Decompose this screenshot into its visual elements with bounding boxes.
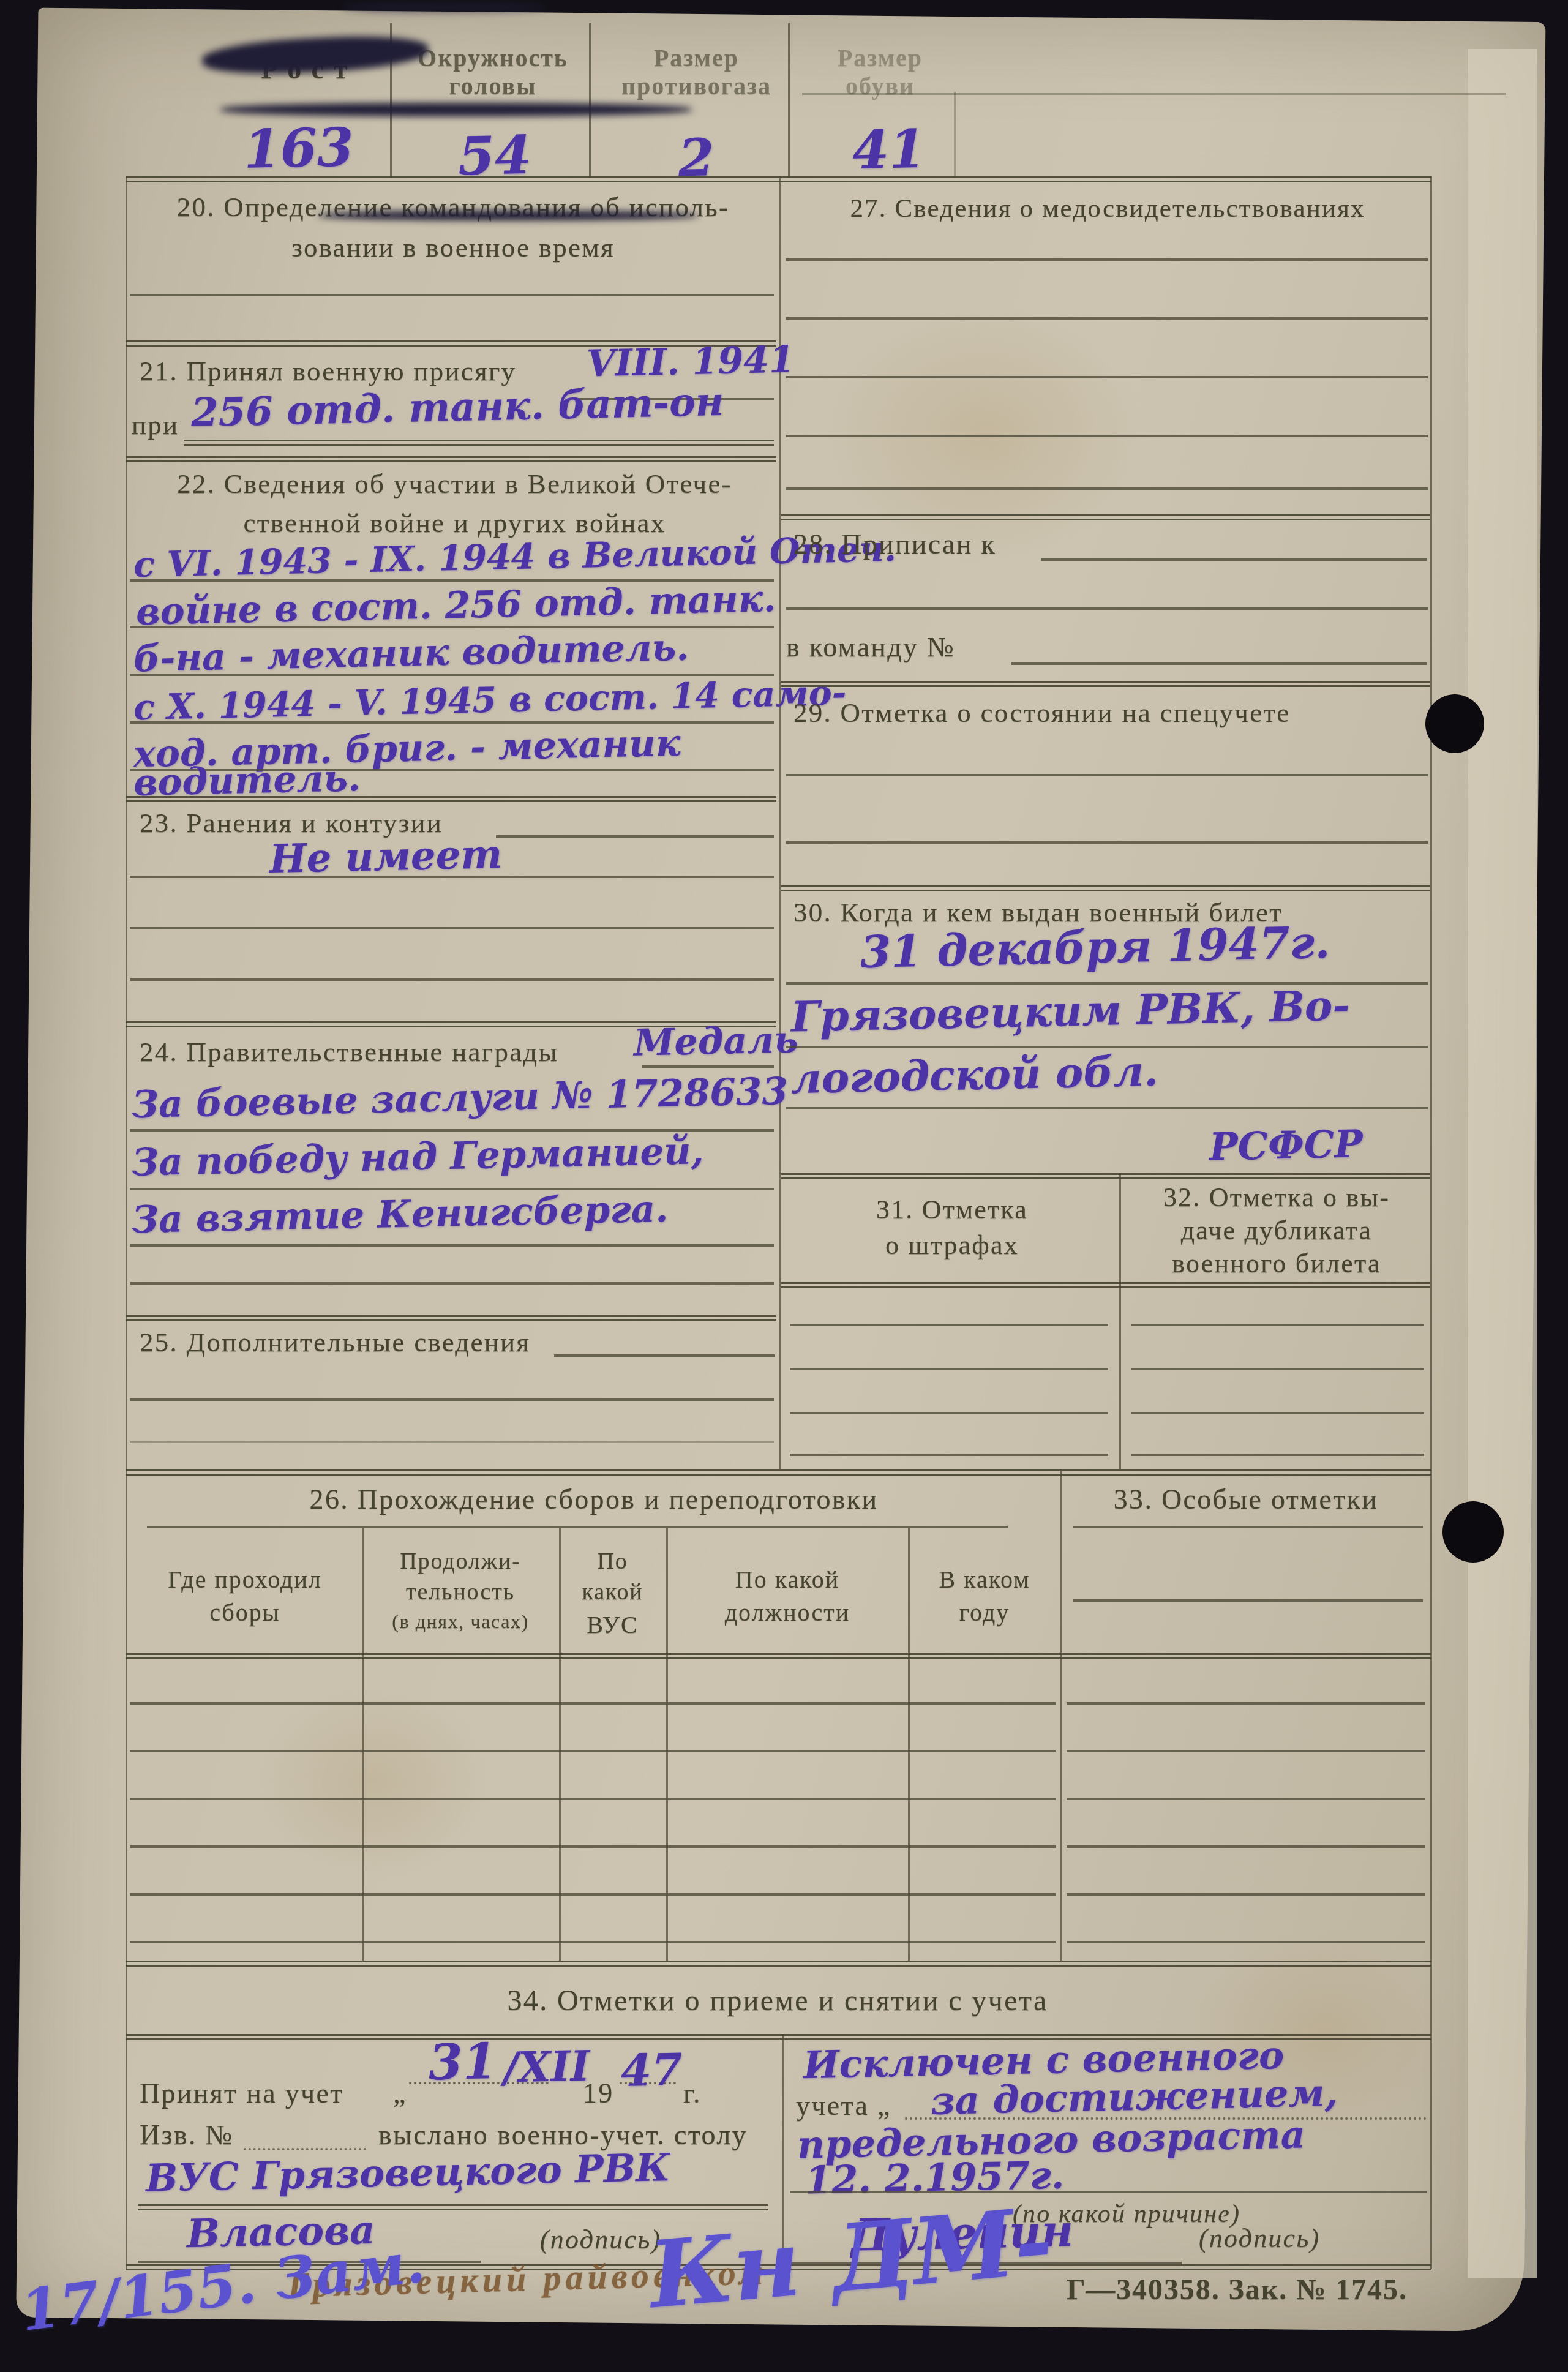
header-underline <box>147 1526 1008 1528</box>
row-line <box>1067 1750 1425 1752</box>
top-table-divider <box>954 92 956 178</box>
oath-date-value: VIII. 1941 <box>586 338 795 385</box>
header-underline <box>1073 1526 1423 1528</box>
col-duration-line3: (в днях, часах) <box>366 1610 555 1633</box>
blank-line <box>786 774 1428 776</box>
signature-caption: (подпись) <box>540 2224 661 2255</box>
award-entry: Медаль <box>633 1018 798 1065</box>
blank-line <box>1131 1454 1424 1456</box>
military-id-region: логодской обл. <box>790 1047 1158 1104</box>
blank-line <box>130 1398 774 1401</box>
blank-line <box>130 927 774 929</box>
gas-mask-size-label: Размер противогаза <box>609 44 784 100</box>
section20-title-line2: зовании в военное время <box>138 231 768 263</box>
blank-line <box>1131 1412 1424 1414</box>
blank-line <box>786 607 1428 610</box>
section-separator <box>126 456 776 462</box>
shoe-size-label: Размер обуви <box>805 44 955 100</box>
row-line <box>130 1702 1056 1705</box>
section32-title-line1: 32. Отметка о вы- <box>1130 1182 1424 1213</box>
section-separator <box>781 885 1430 891</box>
blank-line <box>786 376 1428 378</box>
card-left-border <box>126 176 127 2269</box>
izv-label: Изв. № <box>140 2119 234 2151</box>
blank-line <box>130 876 774 878</box>
row-line <box>130 1845 1056 1848</box>
open-quote: „ <box>393 2077 407 2109</box>
blank-line <box>790 1412 1108 1414</box>
section27-title: 27. Сведения о медосвидетельствованиях <box>789 193 1427 223</box>
entry-line <box>554 1354 775 1357</box>
section-separator <box>126 796 776 802</box>
table-col-divider <box>362 1528 364 1961</box>
section28-label: 28. Приписан к <box>793 528 996 560</box>
fines-table-header-rule <box>781 1282 1430 1288</box>
col-duration-line1: Продолжи- <box>366 1548 555 1575</box>
row-line <box>1067 1941 1425 1943</box>
entry-line <box>790 2191 1427 2193</box>
notes-blank-line <box>1073 1599 1423 1602</box>
col-year-line1: В каком <box>912 1565 1057 1594</box>
section28-team-label: в команду № <box>786 631 955 663</box>
blank-line <box>786 258 1428 261</box>
entry-line <box>1011 662 1427 665</box>
blank-line <box>1131 1368 1424 1370</box>
section-separator <box>781 681 1430 687</box>
shoe-size-value: 41 <box>852 118 926 181</box>
accepted-month: /XII <box>503 2042 590 2093</box>
fines-table-divider <box>1119 1173 1121 1469</box>
print-code: Г—340358. Зак. № 1745. <box>1067 2273 1408 2306</box>
entry-line <box>1041 558 1427 561</box>
wounds-value: Не имеет <box>269 831 502 882</box>
entry-line <box>642 1065 774 1068</box>
col-duration-line2: тельность <box>366 1578 555 1605</box>
fines-table-top <box>781 1173 1430 1179</box>
row-line <box>130 1893 1056 1896</box>
blank-line <box>790 1324 1108 1326</box>
dotted-blank <box>244 2148 366 2150</box>
table-col-divider <box>666 1528 668 1961</box>
blank-line <box>786 487 1428 490</box>
accepted-year: 47 <box>620 2043 683 2096</box>
training-table-top <box>126 1469 1431 1476</box>
height-value: 163 <box>243 116 354 181</box>
entry-line <box>138 2204 768 2210</box>
head-circumference-label: Окружность головы <box>401 44 585 100</box>
military-id-date: 31 декабря 1947г. <box>860 916 1330 978</box>
punch-hole <box>1442 1501 1504 1563</box>
izv-rest-label: выслано военно-учет. столу <box>378 2119 748 2151</box>
row-line <box>130 1798 1056 1800</box>
section21-at-label: при <box>132 409 179 441</box>
section26-title: 26. Прохождение сборов и переподготовки <box>159 1483 1029 1515</box>
entry-line <box>786 1107 1428 1109</box>
entry-line <box>130 1244 774 1247</box>
col-vus-line1: По <box>562 1548 663 1575</box>
section24-label: 24. Правительственные награды <box>140 1036 558 1068</box>
removed-printed-label: учета „ <box>796 2089 891 2122</box>
ink-smear-top <box>343 2 545 12</box>
col-position-line1: По какой <box>670 1565 904 1594</box>
blank-line <box>790 1368 1108 1370</box>
col-vus-line3: ВУС <box>562 1610 663 1639</box>
blank-line <box>130 978 774 981</box>
punch-hole <box>1425 694 1484 753</box>
year-suffix: г. <box>683 2077 702 2109</box>
entry-line <box>184 440 774 446</box>
blank-line <box>1131 1324 1424 1326</box>
entry-line <box>130 1188 774 1190</box>
year-prefix: 19 <box>583 2077 614 2109</box>
section33-title: 33. Особые отметки <box>1068 1483 1424 1515</box>
card-right-border <box>1430 176 1432 2269</box>
accepted-label: Принят на учет <box>140 2077 344 2109</box>
section31-title-line1: 31. Отметка <box>796 1194 1108 1225</box>
top-table-divider <box>589 23 591 178</box>
scanned-military-card: Рост Окружность головы Размер противогаз… <box>0 0 1568 2372</box>
accepted-day: 31 <box>428 2032 497 2091</box>
underlying-page-edge <box>1468 49 1537 2278</box>
training-table-bottom <box>126 1961 1431 1967</box>
blank-line <box>786 435 1428 437</box>
col-where-line1: Где проходил <box>132 1565 358 1594</box>
table-col-divider <box>908 1528 910 1961</box>
ink-smear-line <box>220 103 692 116</box>
entry-line <box>496 835 774 838</box>
section29-title: 29. Отметка о состоянии на спецучете <box>793 697 1291 729</box>
ink-strike-smear <box>318 211 698 220</box>
military-id-republic: РСФСР <box>1209 1121 1363 1169</box>
row-line <box>1067 1845 1425 1848</box>
blank-line <box>130 1441 774 1443</box>
row-line <box>1067 1798 1425 1800</box>
row-line <box>130 1750 1056 1752</box>
signature-caption: (подпись) <box>1199 2223 1320 2254</box>
section-separator <box>126 1315 776 1321</box>
section25-label: 25. Дополнительные сведения <box>140 1326 530 1358</box>
row-line <box>130 1941 1056 1943</box>
blank-line <box>786 317 1428 320</box>
blank-line <box>130 1282 774 1285</box>
col-position-line2: должности <box>670 1598 904 1627</box>
section21-label: 21. Принял военную присягу <box>140 355 516 387</box>
top-table-divider <box>788 23 790 178</box>
section-separator <box>781 514 1430 520</box>
row-line <box>1067 1702 1425 1705</box>
col-where-line2: сборы <box>132 1598 358 1627</box>
training-table-header-rule <box>126 1653 1431 1659</box>
blank-line <box>786 841 1428 844</box>
blank-line <box>130 294 774 296</box>
section32-title-line3: военного билета <box>1130 1248 1424 1279</box>
table-part-divider <box>1060 1469 1062 1961</box>
section22-title-line1: 22. Сведения об участии в Великой Отече- <box>138 468 771 500</box>
section31-title-line2: о штрафах <box>796 1229 1108 1261</box>
section32-title-line2: даче дубликата <box>1130 1215 1424 1246</box>
row-line <box>1067 1893 1425 1896</box>
col-year-line2: году <box>912 1598 1057 1627</box>
table-col-divider <box>559 1528 561 1961</box>
blank-line <box>790 1454 1108 1456</box>
section34-title: 34. Отметки о приеме и снятии с учета <box>367 1984 1188 2017</box>
col-vus-line2: какой <box>562 1578 663 1605</box>
